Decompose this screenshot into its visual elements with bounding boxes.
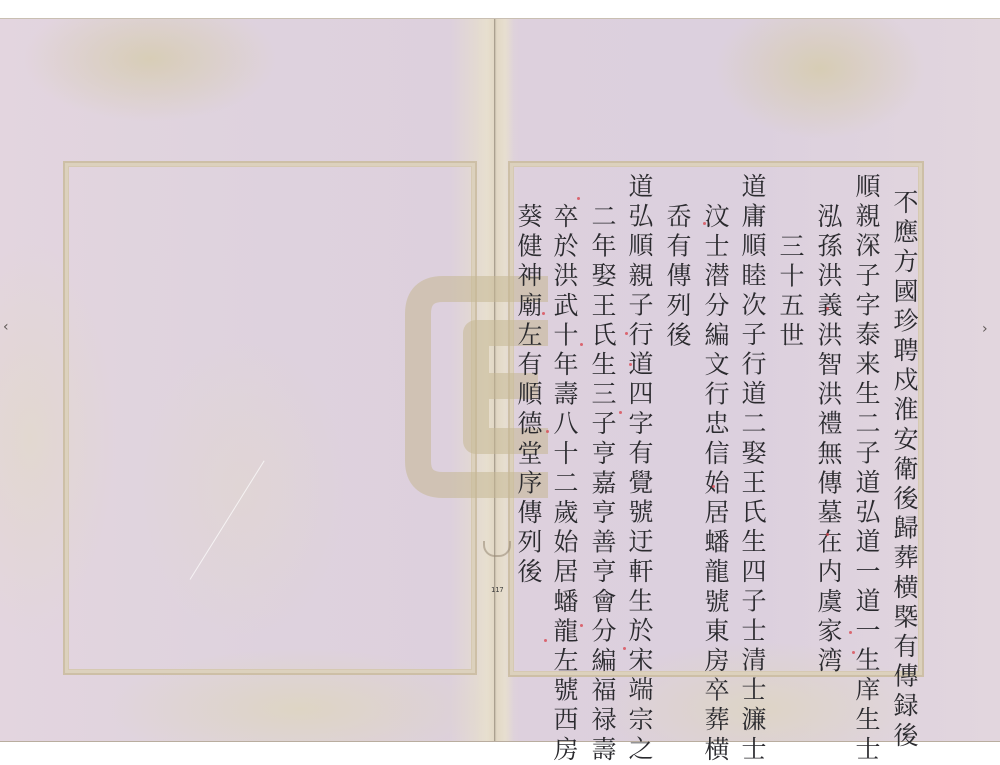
red-punctuation-dot: [826, 307, 829, 310]
scanned-page-spread: 117 ‹ › 不應方國珍聘戍淮安衛後歸葬横槩有傳録後 順親深子字泰来生二子道弘…: [0, 18, 1000, 742]
text-column-5: 道庸順睦次子行道二娶王氏生四子士清士濂士: [736, 173, 768, 760]
red-punctuation-dot: [703, 222, 706, 225]
text-column-6: 汶士潜分編文行忠信始居蟠龍號東房卒葬横: [699, 203, 731, 760]
red-punctuation-dot: [577, 197, 580, 200]
red-punctuation-dot: [629, 363, 632, 366]
red-punctuation-dot: [712, 485, 715, 488]
text-column-8: 道弘順親子行道四字有覺號迂軒生於宋端宗之: [623, 173, 655, 760]
text-column-2: 順親深子字泰来生二子道弘道一道一生庠生士: [850, 173, 882, 760]
red-punctuation-dot: [852, 651, 855, 654]
text-column-10: 卒於洪武十年壽八十二歲始居蟠龍左號西房: [548, 203, 580, 760]
page-number: 117: [491, 586, 504, 594]
red-punctuation-dot: [826, 533, 829, 536]
red-punctuation-dot: [580, 624, 583, 627]
right-edge-mark-icon: ›: [982, 321, 988, 337]
red-punctuation-dot: [580, 343, 583, 346]
text-column-1: 不應方國珍聘戍淮安衛後歸葬横槩有傳録後: [888, 189, 920, 751]
left-edge-mark-icon: ‹: [3, 319, 9, 335]
text-column-4-generation-heading: 三十五世: [774, 233, 806, 351]
red-punctuation-dot: [544, 639, 547, 642]
text-column-11: 葵健神廟左有順德堂序傳列後: [512, 203, 544, 588]
text-column-3: 泓孫洪義洪智洪禮無傳墓在内虞家湾: [812, 203, 844, 677]
red-punctuation-dot: [542, 312, 545, 315]
text-column-9: 二年娶王氏生三子亨嘉亨善亨會分編福禄壽: [586, 203, 618, 760]
red-punctuation-dot: [849, 631, 852, 634]
right-page-text-block: 不應方國珍聘戍淮安衛後歸葬横槩有傳録後 順親深子字泰来生二子道弘道一道一生庠生士…: [510, 171, 918, 671]
red-punctuation-dot: [619, 411, 622, 414]
text-column-7: 岙有傳列後: [661, 203, 693, 351]
red-punctuation-dot: [625, 332, 628, 335]
red-punctuation-dot: [546, 430, 549, 433]
red-punctuation-dot: [623, 647, 626, 650]
